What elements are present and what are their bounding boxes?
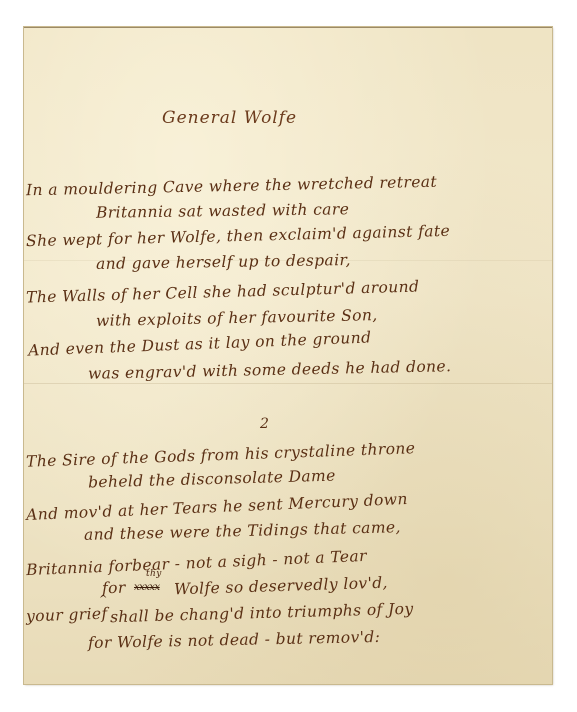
poem-title: General Wolfe <box>162 108 297 128</box>
manuscript-page: ​ General Wolfe In a mouldering Cave whe… <box>24 27 552 684</box>
poem-line: And even the Dust as it lay on the groun… <box>28 328 372 359</box>
stanza-number: 2 <box>260 416 269 432</box>
poem-line: The Walls of her Cell she had sculptur'd… <box>26 278 420 307</box>
poem-line: She wept for her Wolfe, then exclaim'd a… <box>26 222 450 250</box>
poem-line: your grief <box>26 605 108 626</box>
poem-line: In a mouldering Cave where the wretched … <box>26 173 437 200</box>
poem-line: Wolfe so deservedly lov'd, <box>174 574 388 599</box>
poem-line: and gave herself up to despair, <box>96 251 351 273</box>
poem-line: Britannia sat wasted with care <box>96 200 349 222</box>
poem-line: for Wolfe is not dead - but remov'd: <box>88 628 381 652</box>
insertion-caret: ^ <box>99 594 108 605</box>
poem-line: was engrav'd with some deeds he had done… <box>88 357 452 383</box>
inserted-word: thy <box>146 569 162 579</box>
poem-line: shall be chang'd into triumphs of Joy <box>110 600 414 626</box>
poem-line: with exploits of her favourite Son, <box>96 306 378 330</box>
poem-line: The Sire of the Gods from his crystaline… <box>26 439 416 471</box>
struck-out-word: xxxxx <box>134 582 160 593</box>
poem-line: and these were the Tidings that came, <box>84 518 401 544</box>
poem-line: Britannia forbear - not a sigh - not a T… <box>26 547 367 579</box>
poem-line: beheld the disconsolate Dame <box>88 467 336 492</box>
paper-fold-line <box>24 383 552 384</box>
